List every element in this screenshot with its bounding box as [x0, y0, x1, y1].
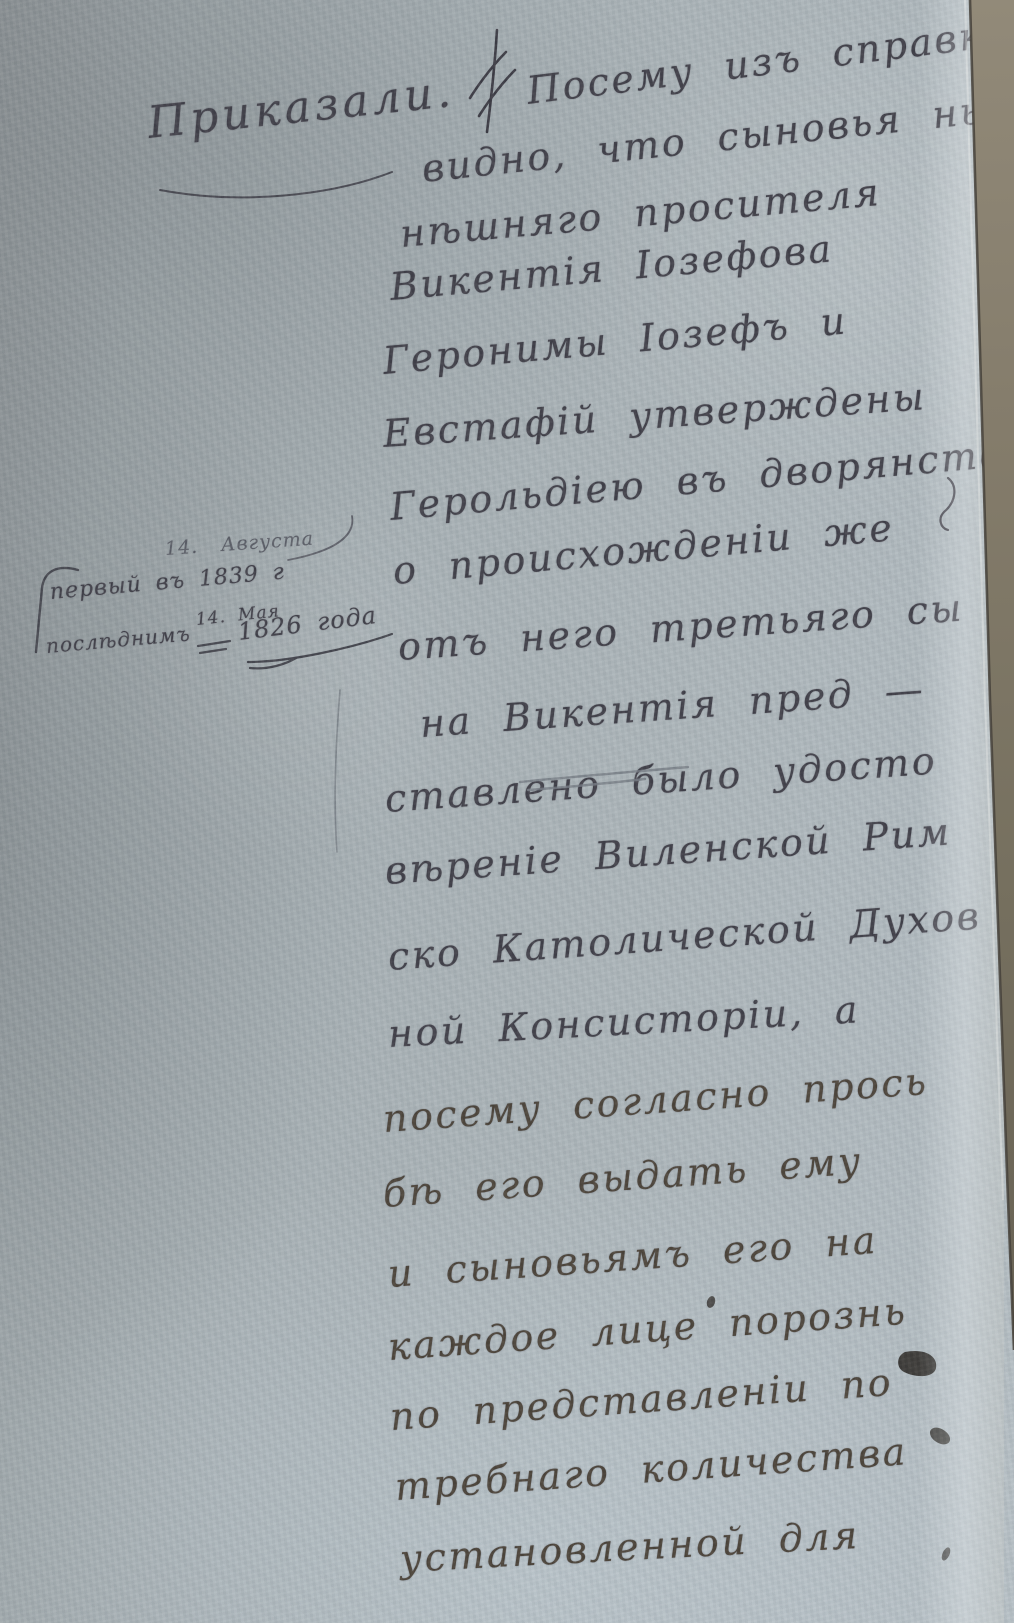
paper-sheet: Приказали. Посему изъ справки видно, что…: [0, 0, 1014, 1623]
manuscript-line: ско Католической Духов: [387, 897, 983, 976]
line-end-squiggle: [941, 478, 955, 530]
margin-note-last-word: послѣднимъ: [45, 623, 191, 656]
manuscript-line: бѣ его выдать ему: [382, 1142, 864, 1213]
manuscript-line: Евстафій утверждены: [382, 377, 928, 453]
heading-flourish: [160, 172, 392, 197]
crease-scratch: [335, 690, 340, 852]
resolution-heading: Приказали.: [146, 70, 457, 146]
margin-dashes: [198, 641, 230, 653]
manuscript-line: вѣреніе Виленской Рим: [384, 812, 953, 890]
manuscript-line: по представленіи по: [389, 1363, 895, 1436]
margin-pencil-date: 14. Августа: [164, 530, 314, 559]
manuscript-line: ной Консисторіи, а: [387, 990, 861, 1053]
manuscript-line: на Викентія пред —: [419, 670, 927, 743]
manuscript-line: видно, что сыновья ны: [420, 90, 995, 188]
manuscript-line: установленной для: [399, 1516, 861, 1578]
manuscript-line: ставлено было удосто: [384, 741, 939, 818]
manuscript-line: Геронимы Іозефъ и: [381, 301, 849, 379]
insertion-mark: [470, 30, 515, 132]
manuscript-line: каждое лице порознь: [387, 1292, 909, 1366]
manuscript-line: и сыновьямъ его на: [387, 1221, 879, 1293]
manuscript-line: отъ него третьяго сы: [397, 588, 965, 665]
manuscript-photo: { "document": { "heading": "Приказали.",…: [0, 0, 1014, 1623]
manuscript-line: требнаго количества: [394, 1432, 909, 1506]
manuscript-line: посему согласно прось: [382, 1062, 930, 1138]
margin-note-first: первый въ 1839 г: [49, 561, 286, 603]
